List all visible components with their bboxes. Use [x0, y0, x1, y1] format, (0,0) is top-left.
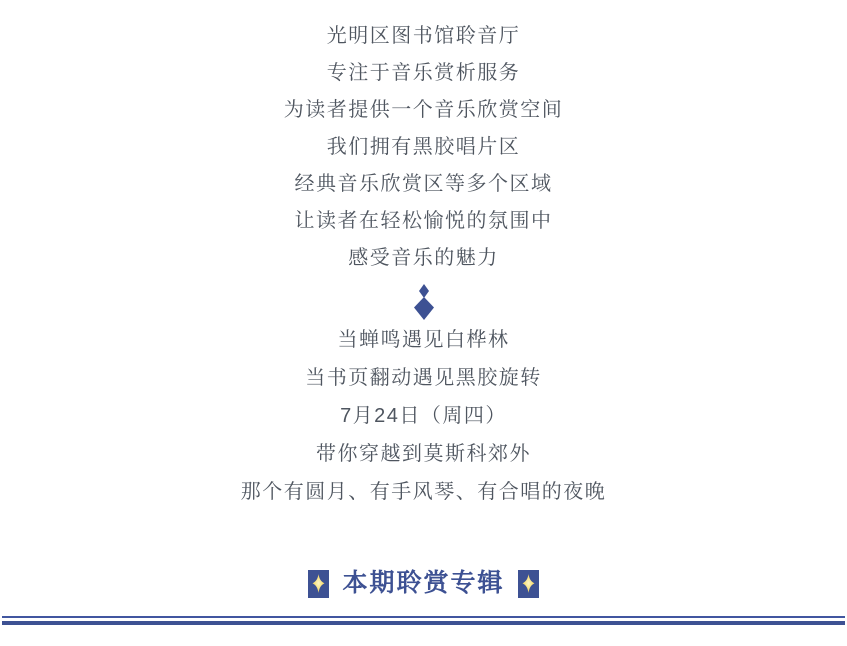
event-line: 那个有圆月、有手风琴、有合唱的夜晚: [0, 473, 847, 511]
divider-line-thick: [2, 621, 845, 625]
sparkle-star-badge-left: [308, 570, 329, 598]
intro-line: 感受音乐的魅力: [0, 240, 847, 277]
event-line: 带你穿越到莫斯科郊外: [0, 435, 847, 473]
event-line: 当书页翻动遇见黑胶旋转: [0, 359, 847, 397]
intro-line: 我们拥有黑胶唱片区: [0, 129, 847, 166]
event-line: 7月24日（周四）: [0, 397, 847, 435]
intro-line: 为读者提供一个音乐欣赏空间: [0, 92, 847, 129]
sparkle-star-icon: [310, 572, 327, 595]
event-paragraphs: 当蝉鸣遇见白桦林 当书页翻动遇见黑胶旋转 7月24日（周四） 带你穿越到莫斯科郊…: [0, 321, 847, 511]
intro-line: 让读者在轻松愉悦的氛围中: [0, 203, 847, 240]
intro-line: 专注于音乐赏析服务: [0, 55, 847, 92]
double-diamond-icon: [412, 284, 436, 320]
bottom-rules: [0, 616, 847, 625]
section-header: 本期聆赏专辑: [0, 569, 847, 598]
intro-paragraphs: 光明区图书馆聆音厅 专注于音乐赏析服务 为读者提供一个音乐欣赏空间 我们拥有黑胶…: [0, 0, 847, 277]
intro-line: 经典音乐欣赏区等多个区域: [0, 166, 847, 203]
section-title: 本期聆赏专辑: [342, 569, 504, 598]
intro-line: 光明区图书馆聆音厅: [0, 18, 847, 55]
article-page: 光明区图书馆聆音厅 专注于音乐赏析服务 为读者提供一个音乐欣赏空间 我们拥有黑胶…: [0, 0, 847, 646]
event-line: 当蝉鸣遇见白桦林: [0, 321, 847, 359]
divider-line-thin: [2, 616, 845, 618]
sparkle-star-icon: [520, 572, 537, 595]
sparkle-star-badge-right: [518, 570, 539, 598]
